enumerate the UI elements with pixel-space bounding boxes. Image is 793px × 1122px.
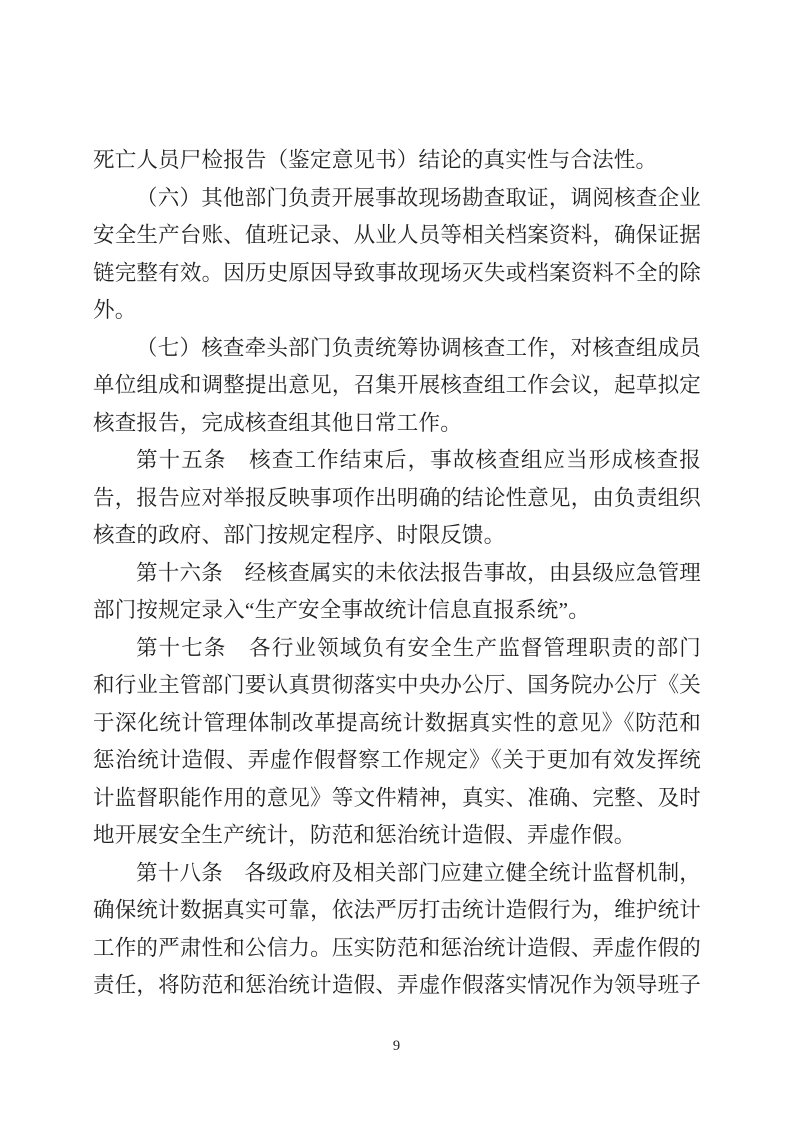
text-line: 确保统计数据真实可靠，依法严厉打击统计造假行为，维护统计 <box>93 892 701 930</box>
text-line: 第十八条 各级政府及相关部门应建立健全统计监督机制， <box>93 855 701 893</box>
text-line: 链完整有效。因历史原因导致事故现场灭失或档案资料不全的除 <box>93 255 701 293</box>
text-line: 第十五条 核查工作结束后，事故核查组应当形成核查报 <box>93 442 701 480</box>
text-line: 第十七条 各行业领域负有安全生产监督管理职责的部门 <box>93 630 701 668</box>
text-line: 地开展安全生产统计，防范和惩治统计造假、弄虚作假。 <box>93 817 701 855</box>
text-line: 核查报告，完成核查组其他日常工作。 <box>93 405 701 443</box>
text-line: 第十六条 经核查属实的未依法报告事故，由县级应急管理 <box>93 555 701 593</box>
text-line: 外。 <box>93 292 701 330</box>
page-number: 9 <box>0 1037 793 1055</box>
text-line: （六）其他部门负责开展事故现场勘查取证，调阅核查企业 <box>93 180 701 218</box>
document-page: 死亡人员尸检报告（鉴定意见书）结论的真实性与合法性。 （六）其他部门负责开展事故… <box>0 0 793 1122</box>
document-body: 死亡人员尸检报告（鉴定意见书）结论的真实性与合法性。 （六）其他部门负责开展事故… <box>93 142 701 1005</box>
text-line: 告，报告应对举报反映事项作出明确的结论性意见，由负责组织 <box>93 480 701 518</box>
text-line: 工作的严肃性和公信力。压实防范和惩治统计造假、弄虚作假的 <box>93 930 701 968</box>
text-line: 死亡人员尸检报告（鉴定意见书）结论的真实性与合法性。 <box>93 142 701 180</box>
text-line: 核查的政府、部门按规定程序、时限反馈。 <box>93 517 701 555</box>
text-line: 责任，将防范和惩治统计造假、弄虚作假落实情况作为领导班子 <box>93 967 701 1005</box>
text-line: （七）核查牵头部门负责统筹协调核查工作，对核查组成员 <box>93 330 701 368</box>
text-line: 和行业主管部门要认真贯彻落实中央办公厅、国务院办公厅《关 <box>93 667 701 705</box>
text-line: 计监督职能作用的意见》等文件精神，真实、准确、完整、及时 <box>93 780 701 818</box>
text-line: 惩治统计造假、弄虚作假督察工作规定》《关于更加有效发挥统 <box>93 742 701 780</box>
text-line: 于深化统计管理体制改革提高统计数据真实性的意见》《防范和 <box>93 705 701 743</box>
text-line: 单位组成和调整提出意见，召集开展核查组工作会议，起草拟定 <box>93 367 701 405</box>
text-line: 部门按规定录入“生产安全事故统计信息直报系统”。 <box>93 592 701 630</box>
text-line: 安全生产台账、值班记录、从业人员等相关档案资料，确保证据 <box>93 217 701 255</box>
